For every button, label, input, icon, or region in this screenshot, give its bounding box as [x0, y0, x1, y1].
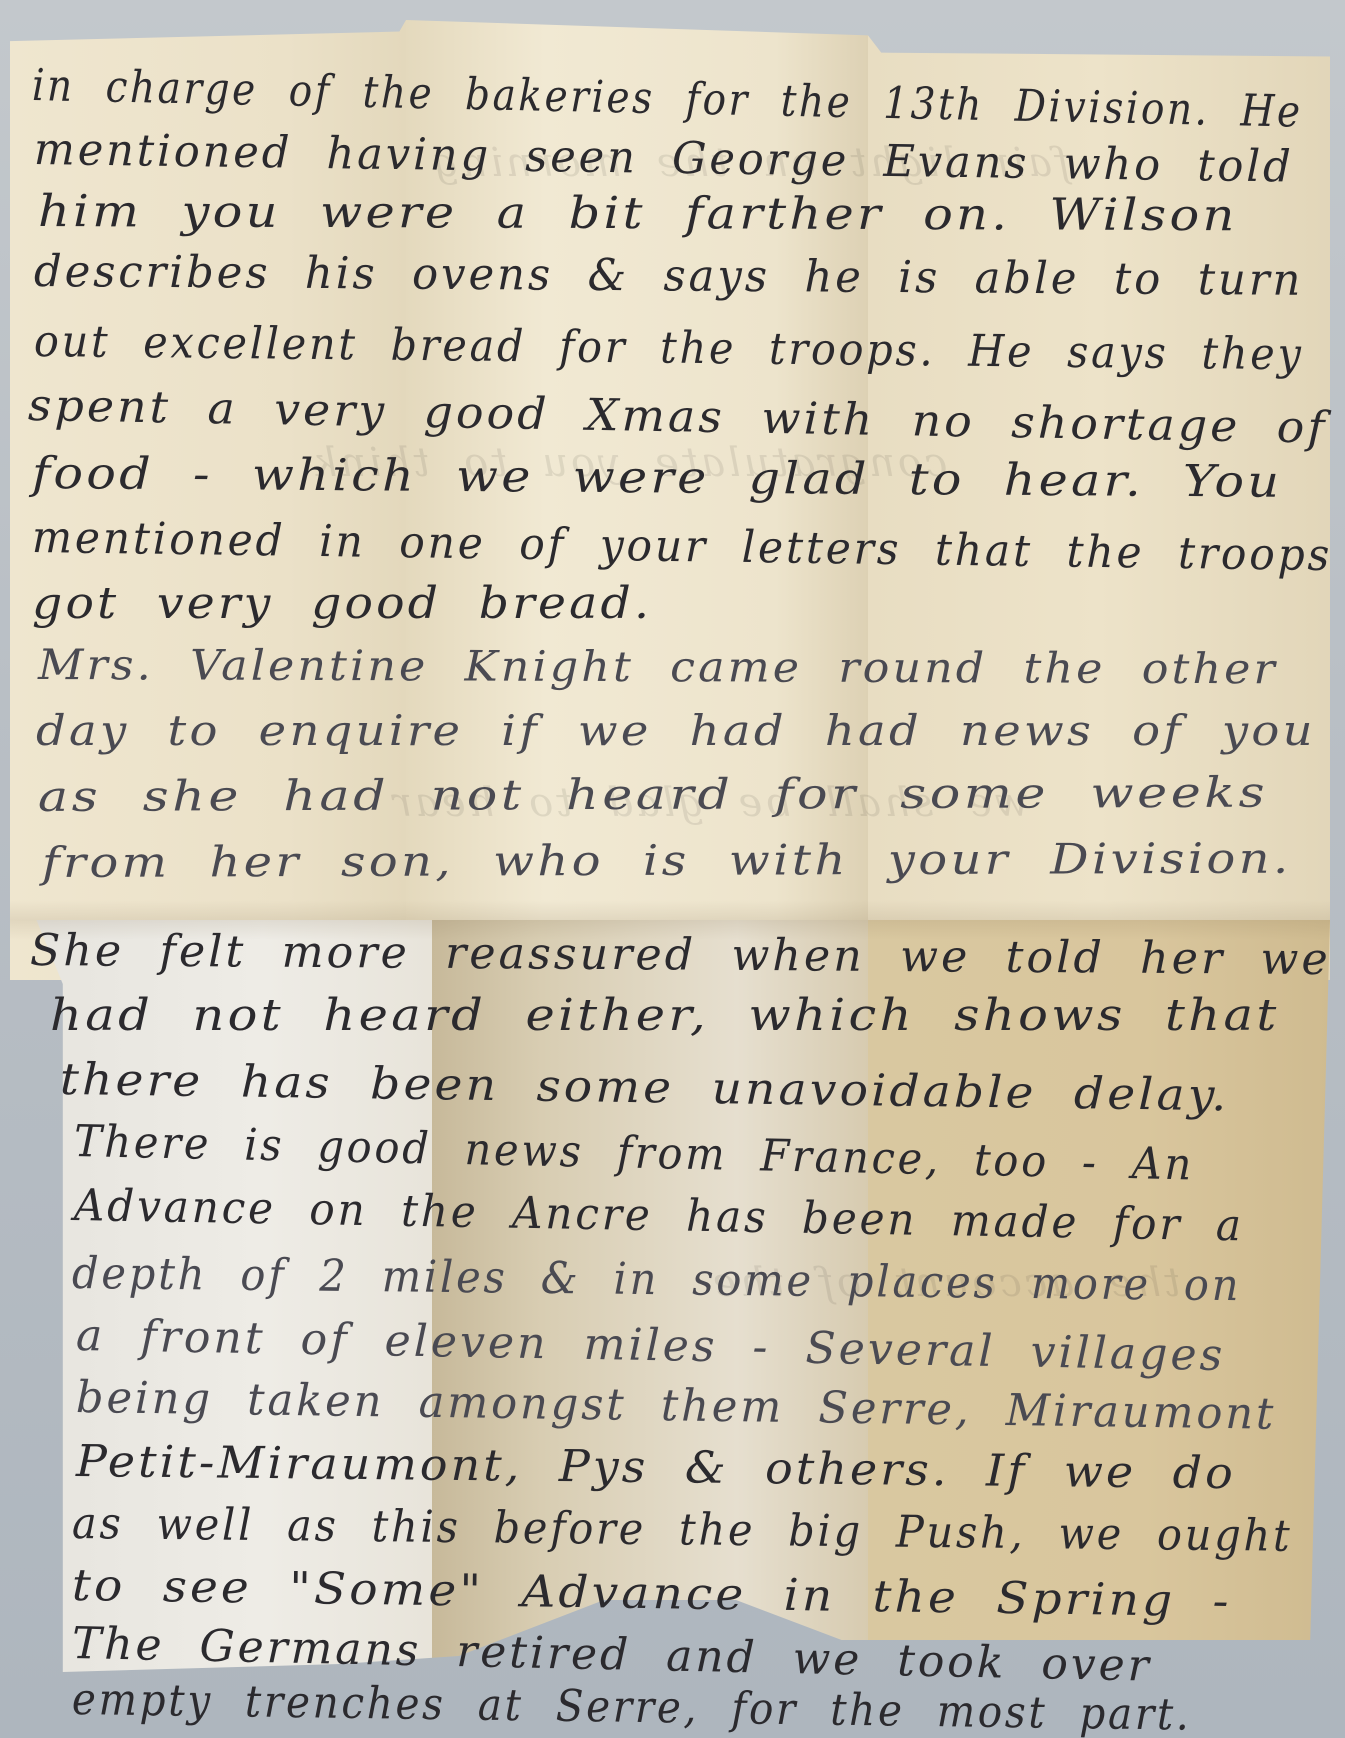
- letter-line: there has been some unavoidable delay.: [60, 1054, 1230, 1121]
- letter-line: to see "Some" Advance in the Spring -: [72, 1560, 1232, 1627]
- letter-line: day to enquire if we had had news of you: [36, 706, 1316, 755]
- letter-line: mentioned having seen George Evans who t…: [34, 124, 1294, 193]
- letter-line: being taken amongst them Serre, Miraumon…: [76, 1372, 1277, 1440]
- letter-line: Advance on the Ancre has been made for a: [74, 1180, 1245, 1251]
- letter-sheet: fair light on the morning congratulate y…: [10, 20, 1330, 1720]
- letter-line: There is good news from France, too - An: [73, 1116, 1194, 1190]
- letter-line: got very good bread.: [32, 578, 652, 629]
- letter-line: Petit-Miraumont, Pys & others. If we do: [76, 1436, 1236, 1499]
- letter-line: as well as this before the big Push, we …: [72, 1498, 1293, 1562]
- letter-line: Mrs. Valentine Knight came round the oth…: [38, 640, 1278, 693]
- letter-line: food - which we were glad to hear. You: [32, 448, 1283, 508]
- letter-line: depth of 2 miles & in some places more o…: [72, 1248, 1242, 1311]
- letter-line: had not heard either, which shows that: [50, 990, 1280, 1041]
- letter-line: out excellent bread for the troops. He s…: [34, 316, 1304, 380]
- letter-line: a front of eleven miles - Several villag…: [76, 1310, 1226, 1381]
- letter-line: from her son, who is with your Division.: [42, 834, 1292, 887]
- letter-line: describes his ovens & says he is able to…: [34, 246, 1304, 306]
- letter-line: him you were a bit farther on. Wilson: [38, 186, 1238, 241]
- letter-line: as she had not heard for some weeks: [38, 768, 1268, 821]
- letter-line: spent a very good Xmas with no shortage …: [28, 380, 1328, 454]
- letter-body: in charge of the bakeries for the 13th D…: [10, 20, 1330, 1720]
- letter-line: mentioned in one of your letters that th…: [32, 512, 1333, 581]
- letter-line: She felt more reassured when we told her…: [30, 925, 1331, 985]
